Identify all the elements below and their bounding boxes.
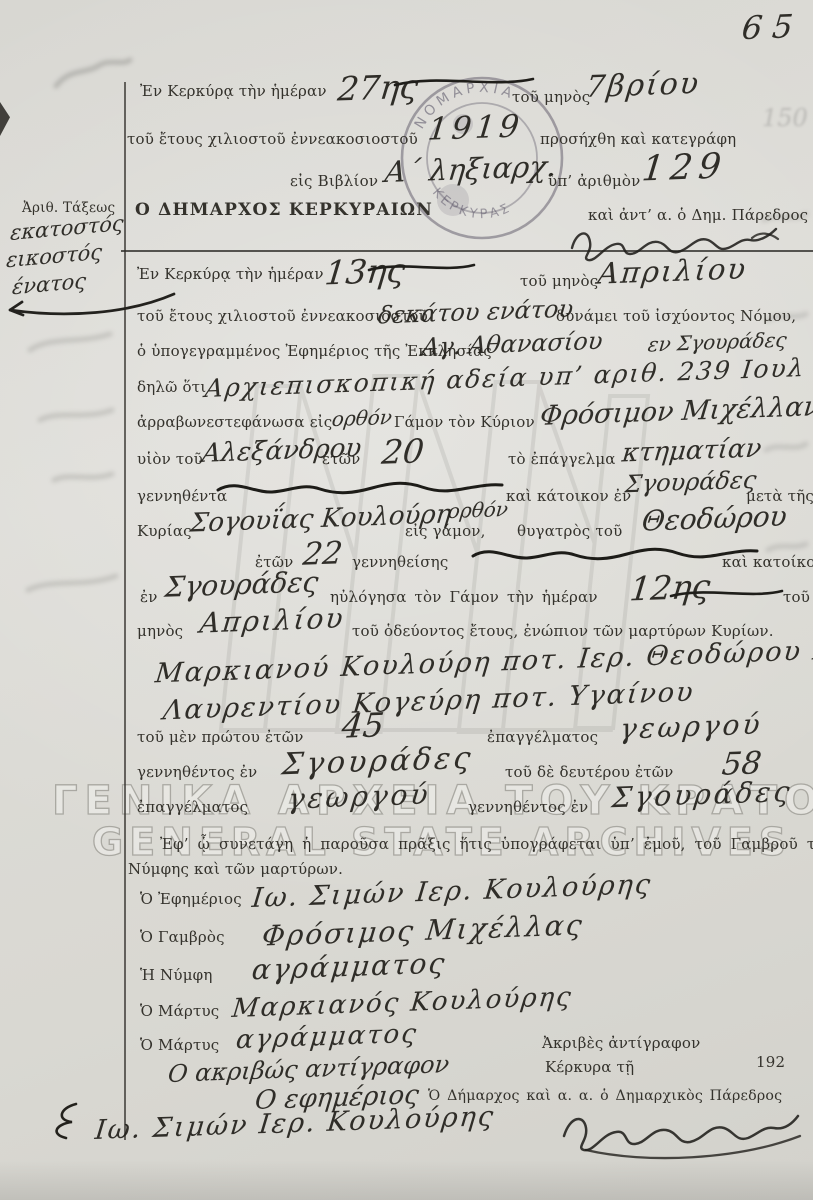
act-l7-village-hw: Σγουράδες	[624, 466, 758, 499]
registration-book-handwritten: Α΄ ληξιαρχ.	[383, 149, 558, 189]
registration-day-flourish	[392, 76, 537, 90]
act-l10-post: τοῦ	[783, 588, 810, 606]
footer-place: Κέρκυρα τῇ	[545, 1058, 634, 1076]
witness2-label: Ὁ Μάρτυς	[140, 1036, 219, 1054]
act-l14-age-hw: 45	[340, 705, 386, 746]
act-l3-village-hw: εν Σγουράδες	[647, 328, 788, 357]
act-l9-blank-dash	[470, 546, 760, 564]
act-l5-mid: Γάμον τὸν Κύριον	[394, 413, 535, 431]
act-l6-prof-hw: κτηματίαν	[620, 434, 763, 469]
act-l15-village-hw: Σγουράδες	[280, 741, 475, 783]
act-l11-month-hw: Απριλίου	[198, 601, 346, 639]
act-l14-prof-hw: γεωργού	[618, 707, 764, 745]
act-l10-village-hw: Σγουράδες	[163, 565, 320, 603]
priest2-signature-hw: Ιω. Σιμών Ιερ. Κουλούρης	[93, 1101, 496, 1146]
act-l7-mid: καὶ κάτοικον ἐν	[506, 487, 631, 505]
act-l1-pre: Ἐν Κερκύρᾳ τὴν ἡμέραν	[137, 265, 324, 283]
act-l9-born-label: γεννηθείσης	[352, 553, 448, 571]
registration-line2-post: προσήχθη καὶ κατεγράφη	[540, 130, 736, 148]
page-number: 65	[740, 7, 805, 47]
groom-label: Ὁ Γαμβρὸς	[140, 928, 225, 946]
act-l6-prof-label: τὸ ἐπάγγελμα	[508, 450, 616, 468]
act-l14-prof-label: ἐπαγγέλματος	[487, 728, 598, 746]
priest2-leading-squiggle	[42, 1098, 90, 1144]
act-closing-line2: Νύμφης καὶ τῶν μαρτύρων.	[128, 860, 343, 878]
act-l8-insert-hw: ορθόν	[447, 497, 510, 523]
registration-line1-mid: τοῦ μηνὸς	[512, 88, 590, 106]
act-closing-line1: Ἐφ’ ᾧ συνετάγη ἡ παροῦσα πρᾶξις ἥτις ὑπο…	[160, 835, 813, 853]
registration-year-handwritten: 1919	[426, 108, 525, 147]
margin-flourish-line	[0, 288, 180, 320]
margin-vertical-rule	[124, 82, 126, 1140]
act-l8-father-hw: Θεοδώρου	[640, 499, 788, 537]
act-l1-mid: τοῦ μηνὸς	[520, 272, 598, 290]
bleedthrough-number: 150	[762, 104, 808, 132]
act-l16-mid: γεννηθέντος ἐν	[468, 798, 588, 816]
svg-text:ΚΕΡΚΥΡΑΣ: ΚΕΡΚΥΡΑΣ	[429, 185, 514, 222]
act-l7-blank-dash	[215, 480, 505, 498]
bleedthrough-squiggles-left	[10, 290, 130, 650]
act-l1-month-hw: Απριλίου	[596, 251, 749, 290]
act-l15-mid: τοῦ δὲ δευτέρου ἐτῶν	[505, 763, 674, 781]
act-l4-pre: δηλῶ ὅτι	[137, 378, 206, 396]
page-edge-nick	[0, 102, 10, 136]
act-l1-day-flourish	[366, 262, 478, 275]
act-l7-pre: γεννηθέντα	[137, 487, 227, 505]
witness1-label: Ὁ Μάρτυς	[140, 1002, 219, 1020]
act-l10-day-flourish	[668, 588, 786, 601]
registration-line1-pre: Ἐν Κερκύρᾳ τὴν ἡμέραν	[140, 82, 327, 100]
groom-signature-hw: Φρόσιμος Μιχέλλας	[260, 908, 585, 952]
certified-copy-label: Ἀκριβὲς ἀντίγραφον	[542, 1034, 700, 1052]
act-l16-pre: ἐπαγγέλματος	[137, 798, 248, 816]
margin-hw-line1: εκατοστός	[10, 211, 125, 245]
footer-year-prefix: 192	[756, 1053, 785, 1071]
act-l16-prof-hw: γεωργού	[286, 777, 432, 815]
act-l6-pre: υἱὸν τοῦ	[137, 450, 203, 468]
act-l16-village-hw: Σγουράδες	[610, 775, 794, 814]
act-l10-mid: ηὐλόγησα τὸν Γάμον τὴν ἡμέραν	[330, 588, 598, 606]
registration-line2-pre: τοῦ ἔτους χιλιοστοῦ ἐννεακοσιοστοῦ	[127, 130, 418, 148]
act-l5-pre: ἀρραβωνεστεφάνωσα εἰς	[137, 413, 332, 431]
act-l3-church-hw: Αγ. Αθανασίου	[421, 327, 604, 361]
act-l8-daughter-label: θυγατρὸς τοῦ	[517, 522, 622, 540]
registration-line3-pre: εἰς Βιβλίον	[290, 172, 378, 190]
act-l8-pre: Κυρίας	[137, 522, 192, 540]
act-l11-post: τοῦ ὁδεύοντος ἔτους, ἐνώπιον τῶν μαρτύρω…	[352, 622, 774, 640]
registration-line3-mid: ὑπ’ ἀριθμὸν	[548, 172, 640, 190]
act-l14-pre: τοῦ μὲν πρώτου ἐτῶν	[137, 728, 304, 746]
act-l10-pre: ἐν	[140, 588, 158, 606]
act-l11-pre: μηνὸς	[137, 622, 183, 640]
scanned-marriage-act-page: 150 ΓΕΝΙΚΑ ΑΡΧΕΙΑ ΤΟΥ ΚΡΑΤΟΥΣ GENERAL ST…	[0, 0, 813, 1200]
bride-label: Ἡ Νύμφη	[140, 966, 213, 984]
registration-month-handwritten: 7βρίου	[584, 66, 702, 105]
margin-hw-line2: εικοστός	[6, 240, 103, 273]
act-l6-age-hw: 20	[380, 431, 426, 472]
act-l5-insert-hw: ορθόν	[331, 405, 394, 431]
act-l2-post: δυνάμει τοῦ ἰσχύοντος Νόμου,	[556, 307, 796, 325]
official-signature	[556, 1102, 806, 1162]
act-l6-father-hw: Αλεξάνδρου	[200, 433, 362, 469]
act-l2-year-hw: δεκάτου ενάτου	[377, 295, 575, 330]
act-l15-pre: γεννηθέντος ἐν	[137, 763, 257, 781]
witness1-signature-hw: Μαρκιανός Κουλούρης	[231, 982, 575, 1024]
bride-signature-hw: αγράμματος	[250, 947, 448, 987]
priest-label: Ὁ Ἐφημέριος	[140, 890, 242, 908]
registration-number-handwritten: 129	[640, 146, 729, 189]
mayor-heading: Ο ΔΗΜΑΡΧΟΣ ΚΕΡΚΥΡΑΙΩΝ	[135, 200, 433, 220]
witness2-signature-hw: αγράμματος	[234, 1019, 419, 1055]
